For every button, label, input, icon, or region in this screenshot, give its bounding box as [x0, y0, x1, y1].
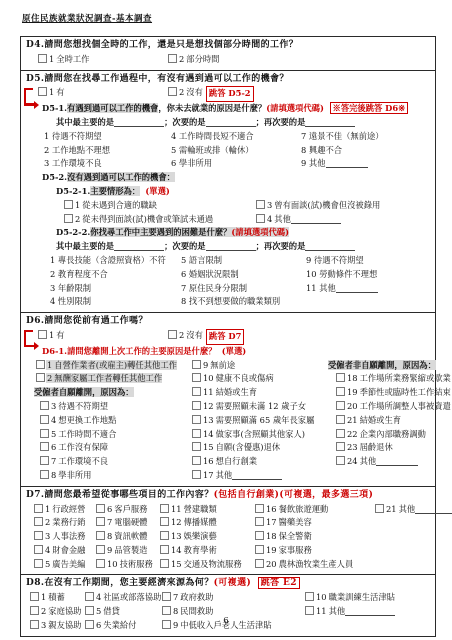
- option-d6-1-10[interactable]: 10健康不良或傷病: [192, 372, 328, 386]
- question-d5-2-title: D5-2.沒有遇到過可以工作的機會：: [42, 171, 432, 185]
- option-d7-4[interactable]: 4財會金融: [34, 544, 96, 558]
- elbow-arrow-icon: [24, 330, 33, 347]
- option-d6-1-12[interactable]: 12需要照顧未滿 12 歲子女: [192, 400, 328, 414]
- checkbox-icon[interactable]: [40, 401, 49, 410]
- checkbox-icon[interactable]: [160, 517, 169, 526]
- code-option: 8 找不到想要做的職業類別: [181, 295, 306, 309]
- option-d6-1-24[interactable]: 24其他: [328, 455, 451, 469]
- checkbox-icon[interactable]: [40, 470, 49, 479]
- option-d6-1-11[interactable]: 11結婚或生育: [192, 386, 328, 400]
- checkbox-icon[interactable]: [160, 545, 169, 554]
- option-d7-18[interactable]: 18保全警衛: [255, 530, 432, 544]
- checkbox-icon[interactable]: [256, 200, 265, 209]
- code-option: 8 興趣不合: [301, 144, 432, 158]
- code-option: 7 遠景不佳（無前途）: [301, 130, 432, 144]
- option-d7-6[interactable]: 6客戶服務: [96, 503, 160, 517]
- option-d7-7[interactable]: 7電腦硬體: [96, 516, 160, 530]
- code-option: 5 語言限制: [181, 254, 306, 268]
- checkbox-icon[interactable]: [336, 415, 345, 424]
- checkbox-icon[interactable]: [255, 559, 264, 568]
- option-d5-2-1-1[interactable]: 1從未遇到合適的職缺: [64, 199, 256, 213]
- checkbox-icon[interactable]: [162, 592, 171, 601]
- d6-1-col-1: 1自營作業者(或雇主)轉任其他工作 2無酬家屬工作者轉任其他工作 受僱者自願離開…: [34, 359, 192, 483]
- fill-in-other[interactable]: [345, 606, 395, 616]
- option-d7-19[interactable]: 19家事服務: [255, 544, 432, 558]
- question-d6-1-title: D6-1.請問您離開上次工作的主要原因是什麼？ (單選): [42, 345, 432, 359]
- option-d6-yes[interactable]: 1有: [38, 329, 168, 345]
- document-title: 原住民族就業狀況調查-基本調查: [22, 12, 152, 24]
- option-d6-1-19[interactable]: 19季節性或臨時性工作結束: [328, 386, 451, 400]
- checkbox-icon[interactable]: [96, 517, 105, 526]
- option-d7-1[interactable]: 1行政經營: [34, 503, 96, 517]
- option-d6-1-5[interactable]: 5工作時間不適合: [34, 428, 192, 442]
- fill-in-other[interactable]: [336, 283, 378, 293]
- code-row: 4 性別限制 8 找不到想要做的職業類別: [50, 295, 432, 309]
- checkbox-icon[interactable]: [255, 545, 264, 554]
- rank-line-d5-1: 其中最主要的是；次要的是；再次要的是: [56, 116, 432, 130]
- checkbox-icon[interactable]: [85, 592, 94, 601]
- checkbox-icon[interactable]: [40, 415, 49, 424]
- checkbox-icon[interactable]: [40, 442, 49, 451]
- option-d7-17[interactable]: 17醫藥美容: [255, 516, 432, 530]
- option-d8-1[interactable]: 1積蓄: [30, 591, 85, 605]
- code-option: 11 其他: [306, 282, 432, 296]
- option-d6-1-16[interactable]: 16想自行創業: [192, 455, 328, 469]
- fill-in-other[interactable]: [415, 504, 452, 514]
- option-d6-1-3[interactable]: 3待遇不符期望: [34, 400, 192, 414]
- checkbox-icon[interactable]: [96, 531, 105, 540]
- option-d6-1-2[interactable]: 2無酬家屬工作者轉任其他工作: [34, 372, 192, 386]
- code-option: 5 需輪班或排（輪休）: [171, 144, 301, 158]
- checkbox-icon[interactable]: [192, 387, 201, 396]
- survey-page: 原住民族就業狀況調查-基本調查 D4.請問您想找個全時的工作，還是只是想找個部分…: [0, 0, 452, 640]
- fill-in-other[interactable]: [291, 214, 341, 224]
- checkbox-icon[interactable]: [336, 401, 345, 410]
- option-d7-21[interactable]: 21其他: [375, 503, 452, 517]
- checkbox-icon[interactable]: [38, 87, 47, 96]
- fill-in-primary[interactable]: [114, 117, 164, 127]
- checkbox-icon[interactable]: [192, 401, 201, 410]
- question-d7-title: D7.請問您最希望從事哪些項目的工作內容？(包括自行創業)(可複選，最多選三項): [26, 489, 432, 503]
- option-d6-1-14[interactable]: 14做家事(含照顧其他家人): [192, 428, 328, 442]
- option-d7-11[interactable]: 11營建職類: [160, 503, 255, 517]
- code-option: 9 待遇不符期望: [306, 254, 432, 268]
- checkbox-icon[interactable]: [96, 545, 105, 554]
- question-d5-2-1-title: D5-2-1.主要情形為： (單選): [56, 185, 432, 199]
- option-d6-1-1[interactable]: 1自營作業者(或雇主)轉任其他工作: [34, 359, 192, 373]
- code-row: 2 工作地點不理想 5 需輪班或排（輪休） 8 興趣不合: [44, 144, 432, 158]
- code-option: 10 勞動條件不理想: [306, 268, 432, 282]
- checkbox-icon[interactable]: [375, 504, 384, 513]
- checkbox-icon[interactable]: [34, 504, 43, 513]
- checkbox-icon[interactable]: [38, 330, 47, 339]
- checkbox-icon[interactable]: [305, 592, 314, 601]
- checkbox-icon[interactable]: [192, 456, 201, 465]
- checkbox-icon[interactable]: [255, 504, 264, 513]
- checkbox-icon[interactable]: [192, 373, 201, 382]
- fill-in-primary[interactable]: [114, 241, 164, 251]
- checkbox-icon[interactable]: [96, 559, 105, 568]
- checkbox-icon[interactable]: [34, 559, 43, 568]
- question-d6: D6.請問您從前有過工作嗎？ 1有 2沒有 跳答 D7 D6-1.請問您離開上次…: [21, 313, 435, 487]
- checkbox-icon[interactable]: [336, 373, 345, 382]
- question-d5-2-2-title: D5-2-2.你找尋工作中主要遇到的困難是什麼？(請填選項代碼): [56, 226, 432, 240]
- option-d7-15[interactable]: 15交通及物流服務: [160, 558, 255, 572]
- option-d7-2[interactable]: 2業務行銷: [34, 516, 96, 530]
- code-option: 3 年齡限制: [50, 282, 181, 296]
- checkbox-icon[interactable]: [64, 200, 73, 209]
- survey-form: D4.請問您想找個全時的工作，還是只是想找個部分時間的工作？ 1全時工作 2部分…: [20, 36, 436, 637]
- code-option: [306, 295, 432, 309]
- option-d5-no[interactable]: 2沒有: [168, 86, 203, 102]
- subheader-involuntary-leave: 受僱者非自願離開，原因為：: [328, 359, 451, 373]
- question-d4: D4.請問您想找個全時的工作，還是只是想找個部分時間的工作？ 1全時工作 2部分…: [21, 37, 435, 71]
- code-option: 6 學非所用: [171, 157, 301, 171]
- checkbox-icon[interactable]: [85, 606, 94, 615]
- code-option: 6 婚姻狀況限制: [181, 268, 306, 282]
- checkbox-icon[interactable]: [168, 54, 177, 63]
- question-d8: D8.在沒有工作期間，您主要經濟來源為何？(可複選) 跳答 E2 1積蓄 4社區…: [21, 575, 435, 635]
- skip-instruction-d6: ※答完後跳答 D6※: [330, 102, 409, 114]
- option-d6-1-13[interactable]: 13需要照顧滿 65 歲年長家屬: [192, 414, 328, 428]
- checkbox-icon[interactable]: [96, 504, 105, 513]
- checkbox-icon[interactable]: [160, 559, 169, 568]
- option-d6-1-7[interactable]: 7工作環境不良: [34, 455, 192, 469]
- option-d6-1-9[interactable]: 9無前途: [192, 359, 328, 373]
- checkbox-icon[interactable]: [256, 214, 265, 223]
- code-option: 2 工作地點不理想: [44, 144, 171, 158]
- option-d6-1-6[interactable]: 6工作沒有保障: [34, 441, 192, 455]
- fill-in-secondary[interactable]: [206, 117, 256, 127]
- checkbox-icon[interactable]: [336, 442, 345, 451]
- option-d6-no[interactable]: 2沒有: [168, 329, 203, 345]
- checkbox-icon[interactable]: [168, 87, 177, 96]
- fill-in-tertiary[interactable]: [305, 117, 355, 127]
- checkbox-icon[interactable]: [305, 606, 314, 615]
- option-d8-10[interactable]: 10職業訓練生活津貼: [305, 591, 432, 605]
- checkbox-icon[interactable]: [36, 373, 45, 382]
- d6-1-options-grid: 1自營作業者(或雇主)轉任其他工作 2無酬家屬工作者轉任其他工作 受僱者自願離開…: [34, 359, 432, 483]
- checkbox-icon[interactable]: [192, 429, 201, 438]
- fill-in-secondary[interactable]: [206, 241, 256, 251]
- checkbox-icon[interactable]: [64, 214, 73, 223]
- question-d4-title: D4.請問您想找個全時的工作，還是只是想找個部分時間的工作？: [26, 39, 432, 53]
- option-d6-1-15[interactable]: 15自願(含優惠)退休: [192, 441, 328, 455]
- option-d7-8[interactable]: 8資訊軟體: [96, 530, 160, 544]
- checkbox-icon[interactable]: [336, 387, 345, 396]
- code-row: 1 待遇不符期望 4 工作時間長短不適合 7 遠景不佳（無前途）: [44, 130, 432, 144]
- skip-instruction-d7: 跳答 D7: [206, 329, 244, 345]
- skip-instruction-e2: 跳答 E2: [258, 577, 300, 589]
- checkbox-icon[interactable]: [336, 456, 345, 465]
- code-row: 3 工作環境不良 6 學非所用 9 其他: [44, 157, 432, 171]
- question-d5: D5.請問您在找尋工作過程中，有沒有遇到過可以工作的機會？ 1有 2沒有 跳答 …: [21, 71, 435, 314]
- checkbox-icon[interactable]: [255, 517, 264, 526]
- question-d8-title: D8.在沒有工作期間，您主要經濟來源為何？(可複選) 跳答 E2: [26, 577, 432, 591]
- option-d7-16[interactable]: 16餐飲旅遊運動: [255, 503, 375, 517]
- d6-1-col-3: 受僱者非自願離開，原因為： 18工作場所業務緊縮或歇業 19季節性或臨時性工作結…: [328, 359, 451, 483]
- option-d6-1-20[interactable]: 20工作場所調整人事被資遣: [328, 400, 451, 414]
- option-d7-13[interactable]: 13娛樂演藝: [160, 530, 255, 544]
- checkbox-icon[interactable]: [34, 531, 43, 540]
- checkbox-icon[interactable]: [162, 606, 171, 615]
- checkbox-icon[interactable]: [34, 545, 43, 554]
- fill-in-other[interactable]: [326, 158, 368, 168]
- option-d6-1-4[interactable]: 4想更換工作地點: [34, 414, 192, 428]
- code-option: 3 工作環境不良: [44, 157, 171, 171]
- checkbox-icon[interactable]: [36, 360, 45, 369]
- option-d8-7[interactable]: 7政府救助: [162, 591, 305, 605]
- checkbox-icon[interactable]: [34, 517, 43, 526]
- elbow-arrow-icon: [24, 88, 33, 106]
- fill-in-tertiary[interactable]: [305, 241, 355, 251]
- option-d6-1-8[interactable]: 8學非所用: [34, 469, 192, 483]
- code-row: 3 年齡限制 7 原住民身分限制 11 其他: [50, 282, 432, 296]
- subheader-voluntary-leave: 受僱者自願離開，原因為：: [34, 386, 192, 400]
- code-option: 4 性別限制: [50, 295, 181, 309]
- question-d5-1-title: D5-1.有遇到過可以工作的機會，你未去就業的原因是什麼？(請填選項代碼) ※答…: [42, 102, 432, 116]
- option-d6-1-22[interactable]: 22企業內部職務調動: [328, 428, 451, 442]
- question-d6-title: D6.請問您從前有過工作嗎？: [26, 315, 432, 329]
- skip-instruction-d5-2: 跳答 D5-2: [206, 86, 254, 102]
- code-option: 2 教育程度不合: [50, 268, 181, 282]
- option-d6-1-21[interactable]: 21結婚或生育: [328, 414, 451, 428]
- option-d7-10[interactable]: 10技術服務: [96, 558, 160, 572]
- option-d5-2-1-2[interactable]: 2從未得到面談(試)機會或筆試未通過: [64, 213, 256, 227]
- option-d4-2[interactable]: 2部分時間: [168, 53, 219, 67]
- question-d5-title: D5.請問您在找尋工作過程中，有沒有遇到過可以工作的機會？: [26, 73, 432, 87]
- option-d7-14[interactable]: 14教育學術: [160, 544, 255, 558]
- option-d7-5[interactable]: 5廣告美編: [34, 558, 96, 572]
- option-d6-1-17[interactable]: 17其他: [192, 469, 328, 483]
- option-d6-1-18[interactable]: 18工作場所業務緊縮或歇業: [328, 372, 451, 386]
- checkbox-icon[interactable]: [192, 360, 201, 369]
- option-d7-3[interactable]: 3人事法務: [34, 530, 96, 544]
- checkbox-icon[interactable]: [40, 456, 49, 465]
- option-d5-2-1-3[interactable]: 3曾有面談(試)機會但沒被錄用: [256, 199, 380, 213]
- code-option: 7 原住民身分限制: [181, 282, 306, 296]
- checkbox-icon[interactable]: [160, 504, 169, 513]
- code-row: 2 教育程度不合 6 婚姻狀況限制 10 勞動條件不理想: [50, 268, 432, 282]
- checkbox-icon[interactable]: [160, 531, 169, 540]
- option-d7-9[interactable]: 9品管製造: [96, 544, 160, 558]
- option-d5-yes[interactable]: 1有: [38, 86, 168, 102]
- question-d7: D7.請問您最希望從事哪些項目的工作內容？(包括自行創業)(可複選，最多選三項)…: [21, 487, 435, 576]
- checkbox-icon[interactable]: [30, 606, 39, 615]
- checkbox-icon[interactable]: [192, 442, 201, 451]
- fill-in-other[interactable]: [376, 456, 418, 466]
- option-d6-1-23[interactable]: 23屆齡退休: [328, 441, 451, 455]
- code-row: 1 專長技能（含證照資格）不符 5 語言限制 9 待遇不符期望: [50, 254, 432, 268]
- code-option: 4 工作時間長短不適合: [171, 130, 301, 144]
- code-option: 1 專長技能（含證照資格）不符: [50, 254, 181, 268]
- d6-1-col-2: 9無前途 10健康不良或傷病 11結婚或生育 12需要照顧未滿 12 歲子女 1…: [192, 359, 328, 483]
- page-number: 6: [0, 616, 452, 626]
- checkbox-icon[interactable]: [255, 531, 264, 540]
- checkbox-icon[interactable]: [38, 54, 47, 63]
- checkbox-icon[interactable]: [40, 429, 49, 438]
- rank-line-d5-2-2: 其中最主要的是；次要的是；再次要的是: [56, 240, 432, 254]
- option-d7-20[interactable]: 20農林漁牧業生產人員: [255, 558, 432, 572]
- checkbox-icon[interactable]: [192, 415, 201, 424]
- option-d4-1[interactable]: 1全時工作: [38, 53, 168, 67]
- option-d5-2-1-4[interactable]: 4其他: [256, 213, 341, 227]
- code-option: 1 待遇不符期望: [44, 130, 171, 144]
- fill-in-other[interactable]: [232, 470, 282, 480]
- checkbox-icon[interactable]: [30, 592, 39, 601]
- checkbox-icon[interactable]: [168, 330, 177, 339]
- option-d7-12[interactable]: 12傳播媒體: [160, 516, 255, 530]
- code-option: 9 其他: [301, 157, 432, 171]
- checkbox-icon[interactable]: [336, 429, 345, 438]
- checkbox-icon[interactable]: [192, 470, 201, 479]
- option-d8-4[interactable]: 4社區或部落協助: [85, 591, 162, 605]
